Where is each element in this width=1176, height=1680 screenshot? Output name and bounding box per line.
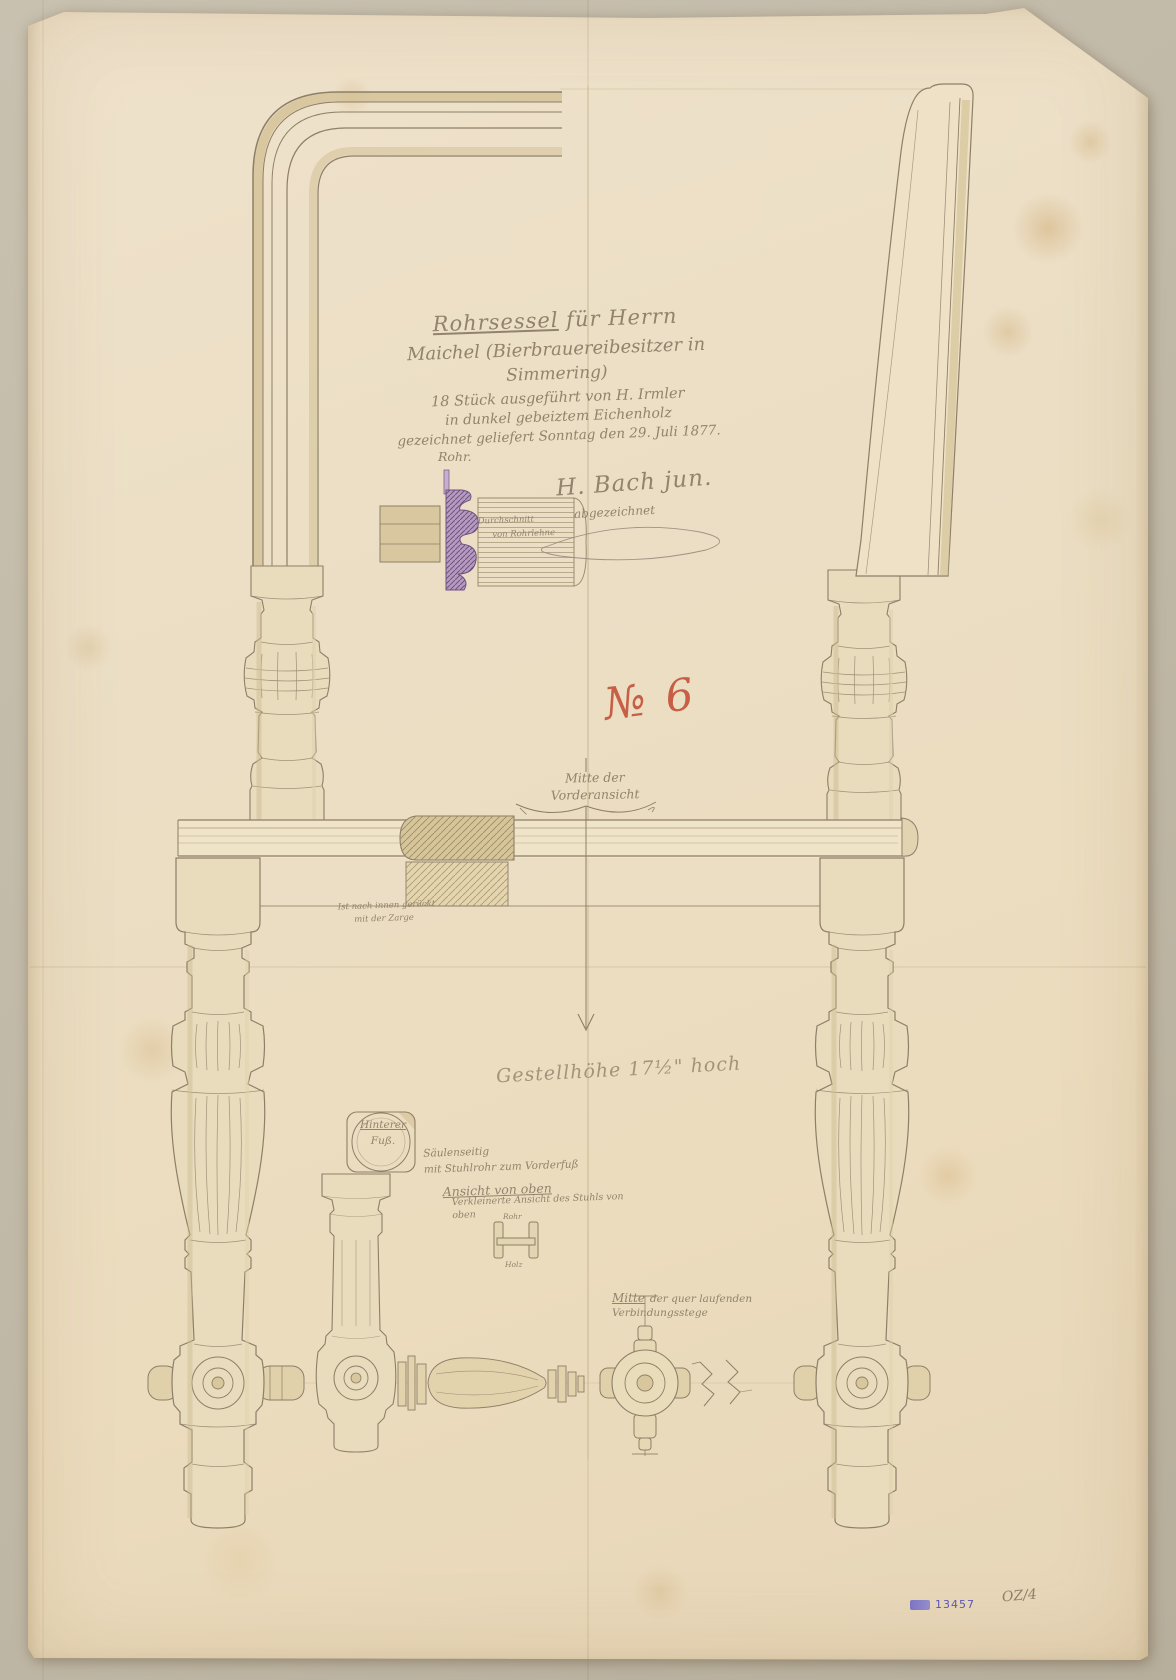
collection-stamp: 13457	[910, 1598, 975, 1611]
stamp-number: 13457	[935, 1598, 975, 1611]
section-note-line-1: Durchschnitt	[478, 515, 535, 527]
title-word-underlined: Rohrsessel	[432, 308, 559, 336]
section-note-line-2: von	[492, 529, 508, 540]
stretcher-centre-note: Mitteder quer laufenden Verbindungsstege	[612, 1290, 822, 1320]
centerline-label: Mitte der Vorderansicht	[522, 769, 669, 805]
rear-foot-label-line-1: Hinterer	[360, 1119, 406, 1131]
cross-section-note: Durchschnitt von Rohrlehne	[478, 512, 571, 542]
stamp-mark-icon	[910, 1600, 930, 1610]
seat-note-line-2: mit der Zarge	[354, 913, 414, 925]
miniature-view-note: Verkleinerte Ansicht des Stuhls von oben	[452, 1191, 633, 1223]
title-line-1-rest: für Herrn	[558, 304, 678, 332]
seat-rail-note: Ist nach innen gerückt mit der Zarge	[338, 897, 479, 928]
annotation-layer: Rohrsessel für Herrn Maichel (Bierbrauer…	[0, 0, 1176, 1680]
seat-note-line-1: Ist nach innen gerückt	[338, 899, 436, 912]
side-view-note-line-2: mit Stuhlrohr zum Vorderfuß	[424, 1158, 579, 1175]
inventory-code: OZ/4	[1001, 1587, 1037, 1606]
stretcher-note-underlined: Mitte	[612, 1291, 645, 1305]
section-note-line-3: Rohrlehne	[510, 528, 555, 540]
title-block: Rohrsessel für Herrn Maichel (Bierbrauer…	[381, 300, 734, 451]
signature: H. Bach jun.	[555, 463, 713, 505]
cane-label: Rohr.	[438, 449, 472, 466]
miniature-sketch-label-bottom: Holz	[505, 1260, 522, 1270]
countersignature: abgezeichnet	[574, 502, 656, 522]
side-view-note-line-1: Säulenseitig	[423, 1146, 489, 1160]
rear-foot-label-line-2: Fuß.	[371, 1135, 395, 1147]
miniature-sketch-label-top: Rohr	[503, 1212, 522, 1222]
model-number-red: № 6	[601, 665, 700, 735]
rear-foot-plan-label: Hinterer Fuß.	[352, 1118, 414, 1150]
frame-height-note: Gestellhöhe 17½" hoch	[495, 1052, 741, 1090]
